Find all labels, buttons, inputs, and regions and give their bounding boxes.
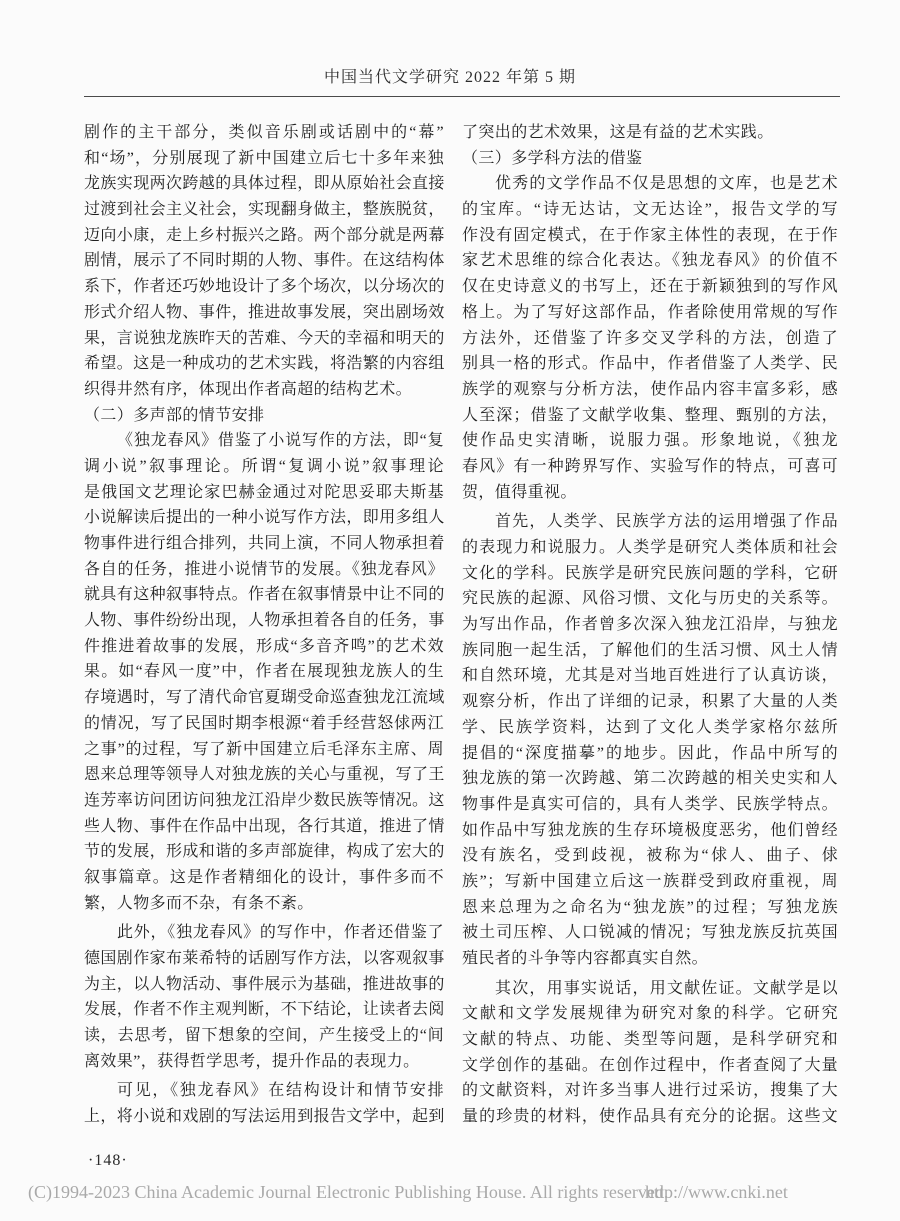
text-line: 剧作的主干部分，类似音乐剧或话剧中的“幕” — [84, 120, 444, 146]
text-line: 过渡到社会主义社会，实现翻身做主，整族脱贫， — [84, 197, 444, 223]
text-line: 的情况，写了民国时期李根源“着手经营怒俅两江 — [84, 711, 444, 737]
article-body: 剧作的主干部分，类似音乐剧或话剧中的“幕”和“场”，分别展现了新中国建立后七十多… — [84, 120, 840, 1130]
text-line: 的表现力和说服力。人类学是研究人类体质和社会 — [462, 535, 838, 561]
text-line: 首先，人类学、民族学方法的运用增强了作品 — [462, 509, 838, 535]
copyright-footer: (C)1994-2023 China Academic Journal Elec… — [0, 1182, 900, 1206]
text-line: 就具有这种叙事特点。作者在叙事情景中让不同的 — [84, 582, 444, 608]
text-line: 离效果”，获得哲学思考，提升作品的表现力。 — [84, 1049, 444, 1075]
text-line: 人至深；借鉴了文献学收集、整理、甄别的方法， — [462, 403, 838, 429]
page-number: ·148· — [88, 1152, 128, 1170]
text-line: 族同胞一起生活，了解他们的生活习惯、风土人情 — [462, 638, 838, 664]
text-line: 族”；写新中国建立后这一族群受到政府重视，周 — [462, 869, 838, 895]
text-line: 如作品中写独龙族的生存环境极度恶劣，他们曾经 — [462, 818, 838, 844]
text-line: 此外，《独龙春风》的写作中，作者还借鉴了 — [84, 920, 444, 946]
text-line: 文化的学科。民族学是研究民族问题的学科，它研 — [462, 561, 838, 587]
text-line: 繁，人物多而不杂，有条不紊。 — [84, 891, 444, 917]
text-line: 贺，值得重视。 — [462, 480, 838, 506]
journal-page: 中国当代文学研究 2022 年第 5 期 剧作的主干部分，类似音乐剧或话剧中的“… — [0, 0, 900, 1221]
text-line: 文献的特点、功能、类型等问题，是科学研究和 — [462, 1027, 838, 1053]
text-line: 殖民者的斗争等内容都真实自然。 — [462, 946, 838, 972]
cnki-url: http://www.cnki.net — [645, 1182, 788, 1203]
text-line: 物事件是真实可信的，具有人类学、民族学特点。 — [462, 792, 838, 818]
text-line: 读，去思考，留下想象的空间，产生接受上的“间 — [84, 1023, 444, 1049]
text-line: （三）多学科方法的借鉴 — [462, 146, 838, 172]
text-line: 德国剧作家布莱希特的话剧写作方法，以客观叙事 — [84, 946, 444, 972]
text-line: 可见，《独龙春风》在结构设计和情节安排 — [84, 1078, 444, 1104]
text-line: 调小说”叙事理论。所谓“复调小说”叙事理论 — [84, 454, 444, 480]
text-line: 小说解读后提出的一种小说写作方法，即用多组人 — [84, 505, 444, 531]
text-line: 没有族名，受到歧视，被称为“俅人、曲子、俅 — [462, 843, 838, 869]
text-line: 剧情，展示了不同时期的人物、事件。在这结构体 — [84, 248, 444, 274]
text-line: 观察分析，作出了详细的记录，积累了大量的人类 — [462, 689, 838, 715]
header-rule — [84, 96, 840, 97]
text-line: 究民族的起源、风俗习惯、文化与历史的关系等。 — [462, 586, 838, 612]
text-line: 和“场”，分别展现了新中国建立后七十多年来独 — [84, 146, 444, 172]
text-line: 迈向小康，走上乡村振兴之路。两个部分就是两幕 — [84, 223, 444, 249]
text-line: 人物、事件纷纷出现，人物承担着各自的任务，事 — [84, 608, 444, 634]
text-line: 使作品史实清晰，说服力强。形象地说，《独龙 — [462, 428, 838, 454]
text-line: 各自的任务，推进小说情节的发展。《独龙春风》 — [84, 557, 444, 583]
text-line: 独龙族的第一次跨越、第二次跨越的相关史实和人 — [462, 766, 838, 792]
text-line: 上，将小说和戏剧的写法运用到报告文学中，起到 — [84, 1104, 444, 1130]
text-line: 和自然环境，尤其是对当地百姓进行了认真访谈， — [462, 663, 838, 689]
text-line: 文献和文学发展规律为研究对象的科学。它研究 — [462, 1001, 838, 1027]
text-line: 《独龙春风》借鉴了小说写作的方法，即“复 — [84, 428, 444, 454]
text-line: 的文献资料，对许多当事人进行过采访，搜集了大 — [462, 1078, 838, 1104]
text-line: 恩来总理为之命名为“独龙族”的过程；写独龙族 — [462, 895, 838, 921]
text-line: 果。如“春风一度”中，作者在展现独龙族人的生 — [84, 659, 444, 685]
text-line: 提倡的“深度描摹”的地步。因此，作品中所写的 — [462, 741, 838, 767]
text-line: 春风》有一种跨界写作、实验写作的特点，可喜可 — [462, 454, 838, 480]
text-column-right: 了突出的艺术效果，这是有益的艺术实践。（三）多学科方法的借鉴优秀的文学作品不仅是… — [462, 120, 838, 1130]
text-line: 连芳率访问团访问独龙江沿岸少数民族等情况。这 — [84, 788, 444, 814]
text-line: 发展，作者不作主观判断，不下结论，让读者去阅 — [84, 997, 444, 1023]
text-line: 龙族实现两次跨越的具体过程，即从原始社会直接 — [84, 171, 444, 197]
text-line: 件推进着故事的发展，形成“多音齐鸣”的艺术效 — [84, 634, 444, 660]
text-line: 希望。这是一种成功的艺术实践，将浩繁的内容组 — [84, 351, 444, 377]
text-line: 优秀的文学作品不仅是思想的文库，也是艺术 — [462, 171, 838, 197]
text-line: 量的珍贵的材料，使作品具有充分的论据。这些文 — [462, 1104, 838, 1130]
text-line: 果，言说独龙族昨天的苦难、今天的幸福和明天的 — [84, 326, 444, 352]
text-line: 的宝库。“诗无达诂，文无达诠”，报告文学的写 — [462, 197, 838, 223]
text-line: 格上。为了写好这部作品，作者除使用常规的写作 — [462, 300, 838, 326]
text-line: 物事件进行组合排列，共同上演，不同人物承担着 — [84, 531, 444, 557]
text-line: 文学创作的基础。在创作过程中，作者查阅了大量 — [462, 1053, 838, 1079]
text-line: 是俄国文艺理论家巴赫金通过对陀思妥耶夫斯基 — [84, 480, 444, 506]
text-line: 家艺术思维的综合化表达。《独龙春风》的价值不 — [462, 248, 838, 274]
text-line: 些人物、事件在作品中出现，各行其道，推进了情 — [84, 814, 444, 840]
text-line: 叙事篇章。这是作者精细化的设计，事件多而不 — [84, 865, 444, 891]
text-line: 之事”的过程，写了新中国建立后毛泽东主席、周 — [84, 737, 444, 763]
text-line: 学、民族学资料，达到了文化人类学家格尔兹所 — [462, 715, 838, 741]
text-line: （二）多声部的情节安排 — [84, 403, 444, 429]
text-line: 形式介绍人物、事件，推进故事发展，突出剧场效 — [84, 300, 444, 326]
copyright-text: (C)1994-2023 China Academic Journal Elec… — [28, 1182, 668, 1203]
text-line: 作没有固定模式，在于作家主体性的表现，在于作 — [462, 223, 838, 249]
text-line: 恩来总理等领导人对独龙族的关心与重视，写了王 — [84, 762, 444, 788]
text-line: 仅在史诗意义的书写上，还在于新颖独到的写作风 — [462, 274, 838, 300]
text-line: 为写出作品，作者曾多次深入独龙江沿岸，与独龙 — [462, 612, 838, 638]
text-line: 被土司压榨、人口锐减的情况；写独龙族反抗英国 — [462, 920, 838, 946]
text-line: 节的发展，形成和谐的多声部旋律，构成了宏大的 — [84, 839, 444, 865]
text-line: 存境遇时，写了清代命官夏瑚受命巡查独龙江流域 — [84, 685, 444, 711]
text-line: 别具一格的形式。作品中，作者借鉴了人类学、民 — [462, 351, 838, 377]
text-line: 族学的观察与分析方法，使作品内容丰富多彩，感 — [462, 377, 838, 403]
text-line: 其次，用事实说话，用文献佐证。文献学是以 — [462, 976, 838, 1002]
journal-header-text: 中国当代文学研究 2022 年第 5 期 — [0, 64, 900, 87]
text-line: 系下，作者还巧妙地设计了多个场次，以分场次的 — [84, 274, 444, 300]
text-column-left: 剧作的主干部分，类似音乐剧或话剧中的“幕”和“场”，分别展现了新中国建立后七十多… — [84, 120, 444, 1130]
text-line: 织得井然有序，体现出作者高超的结构艺术。 — [84, 377, 444, 403]
text-line: 方法外，还借鉴了许多交叉学科的方法，创造了 — [462, 326, 838, 352]
text-line: 为主，以人物活动、事件展示为基础，推进故事的 — [84, 972, 444, 998]
text-line: 了突出的艺术效果，这是有益的艺术实践。 — [462, 120, 838, 146]
